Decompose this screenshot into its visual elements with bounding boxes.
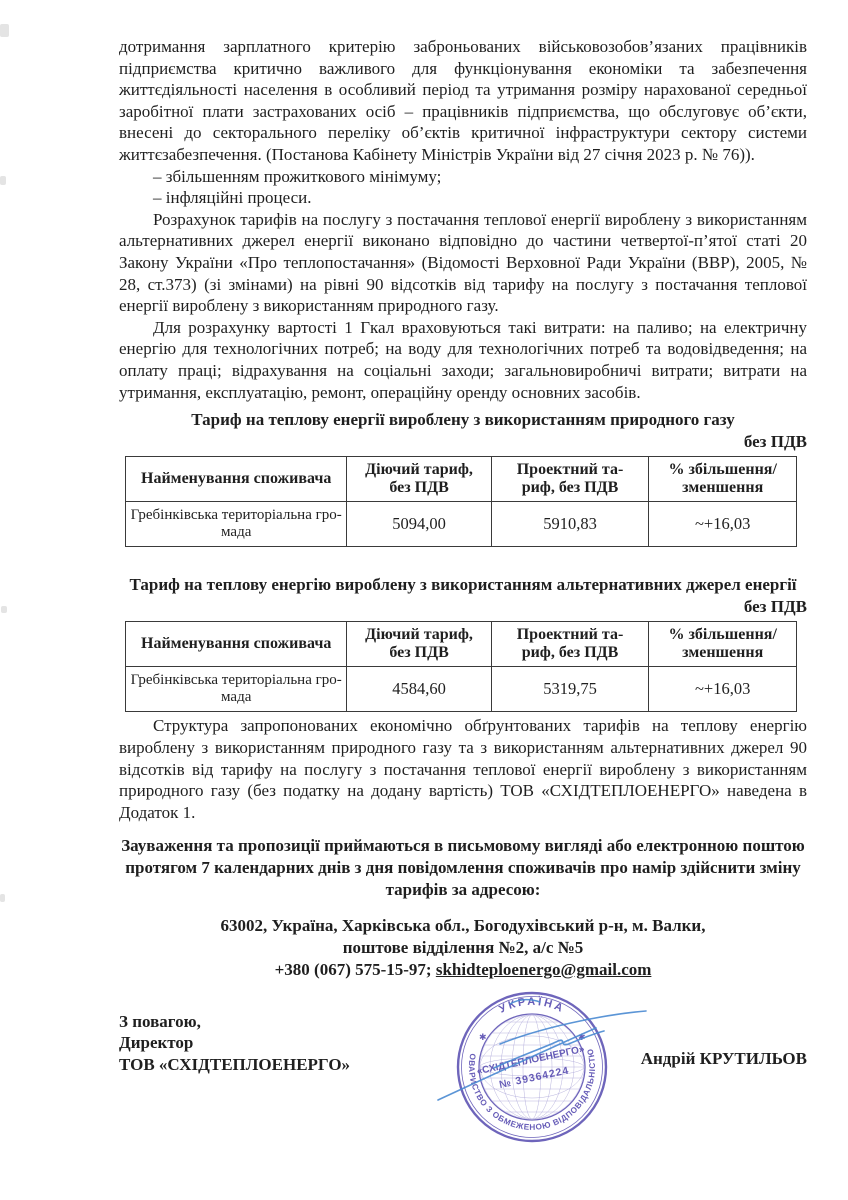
cell-current-tariff: 5094,00 [347, 502, 491, 547]
cell-change-percent: ~+16,03 [649, 502, 797, 547]
table-subtitle-gas: без ПДВ [119, 431, 807, 453]
col-header-consumer: Найменування споживача [126, 457, 347, 502]
scanned-document-page: дотримання зарплатного критерію заброньо… [0, 0, 848, 1200]
cell-change-percent: ~+16,03 [649, 667, 797, 712]
signer-name: Андрій КРУТИЛЬОВ [641, 1049, 807, 1069]
col-header-change-percent: % збільшення/ зменшення [649, 622, 797, 667]
signature-svg [420, 984, 665, 1114]
salutation: З повагою, [119, 1011, 350, 1033]
paragraph-continuation: дотримання зарплатного критерію заброньо… [119, 36, 807, 166]
cell-projected-tariff: 5319,75 [491, 667, 649, 712]
tariff-table-alt: Найменування споживача Діючий тариф, без… [125, 621, 797, 712]
paragraph-calculation: Розрахунок тарифів на послугу з постачан… [119, 209, 807, 317]
cell-projected-tariff: 5910,83 [491, 502, 649, 547]
scan-artifact [0, 894, 5, 902]
bullet-item: – збільшенням прожиткового мінімуму; [119, 166, 807, 188]
col-header-current-tariff: Діючий тариф, без ПДВ [347, 622, 491, 667]
table-title-alt: Тариф на теплову енергію вироблену з вик… [119, 574, 807, 596]
notice-paragraph: Зауваження та пропозиції приймаються в п… [119, 835, 807, 900]
scan-artifact [1, 606, 7, 613]
table-title-gas: Тариф на теплову енергії вироблену з вик… [119, 409, 807, 431]
col-header-current-tariff: Діючий тариф, без ПДВ [347, 457, 491, 502]
col-header-consumer: Найменування споживача [126, 622, 347, 667]
col-header-projected-tariff: Проектний та- риф, без ПДВ [491, 622, 649, 667]
col-header-projected-tariff: Проектний та- риф, без ПДВ [491, 457, 649, 502]
tariff-table-gas: Найменування споживача Діючий тариф, без… [125, 456, 797, 547]
paragraph-costs: Для розрахунку вартості 1 Гкал враховуют… [119, 317, 807, 403]
paragraph-structure: Структура запропонованих економічно обґр… [119, 715, 807, 823]
signer-position: Директор [119, 1032, 350, 1054]
signature-block-left: З повагою, Директор ТОВ «СХІДТЕПЛОЕНЕРГО… [119, 1011, 350, 1076]
email-address: skhidteploenergo@gmail.com [436, 960, 652, 979]
table-header-row: Найменування споживача Діючий тариф, без… [126, 622, 797, 667]
col-header-change-percent: % збільшення/ зменшення [649, 457, 797, 502]
cell-consumer: Гребінківська територіальна гро- мада [126, 667, 347, 712]
scan-artifact [0, 24, 9, 37]
scan-artifact [0, 176, 6, 185]
cell-current-tariff: 4584,60 [347, 667, 491, 712]
signer-company: ТОВ «СХІДТЕПЛОЕНЕРГО» [119, 1054, 350, 1076]
address-line-1: 63002, Україна, Харківська обл., Богодух… [119, 915, 807, 937]
address-block: 63002, Україна, Харківська обл., Богодух… [119, 915, 807, 980]
address-line-2: поштове відділення №2, а/с №5 [119, 937, 807, 959]
table-row: Гребінківська територіальна гро- мада 45… [126, 667, 797, 712]
contact-line: +380 (067) 575-15-97; skhidteploenergo@g… [119, 959, 807, 981]
cell-consumer: Гребінківська територіальна гро- мада [126, 502, 347, 547]
table-subtitle-alt: без ПДВ [119, 596, 807, 618]
signature-section: З повагою, Директор ТОВ «СХІДТЕПЛОЕНЕРГО… [119, 984, 807, 1199]
handwritten-signature [420, 984, 665, 1114]
document-body: дотримання зарплатного критерію заброньо… [119, 36, 807, 1199]
table-row: Гребінківська територіальна гро- мада 50… [126, 502, 797, 547]
table-header-row: Найменування споживача Діючий тариф, без… [126, 457, 797, 502]
phone-number: +380 (067) 575-15-97; [275, 960, 436, 979]
bullet-item: – інфляційні процеси. [119, 187, 807, 209]
